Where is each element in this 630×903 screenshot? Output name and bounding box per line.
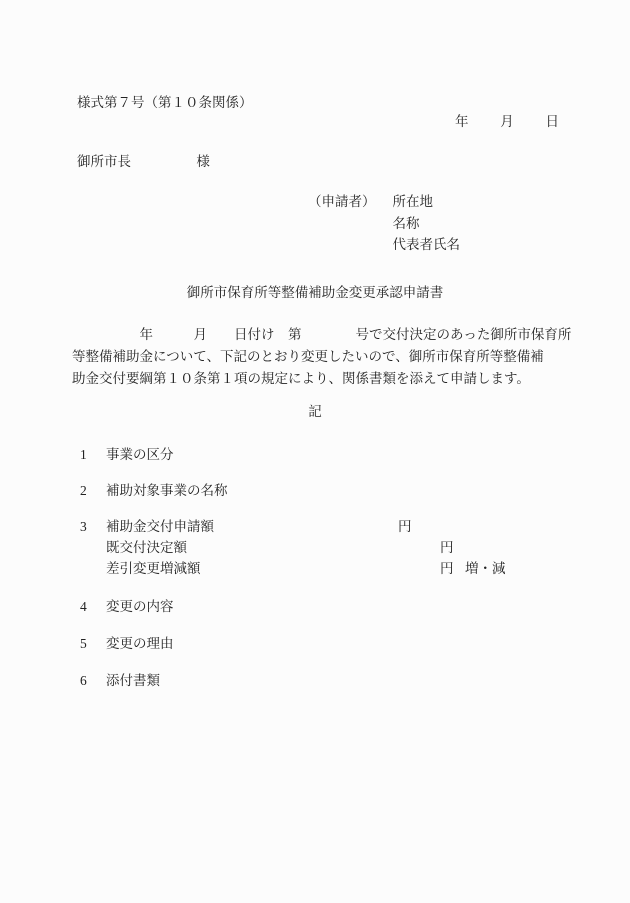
addressee-honorific: 様	[196, 154, 210, 169]
date-line: 年 月 日	[455, 111, 559, 133]
form-number: 様式第７号（第１０条関係）	[77, 92, 253, 114]
item-2-subsidized-project-name: 2 補助対象事業の名称	[0, 480, 630, 502]
item-4-number: 4	[80, 596, 87, 618]
body-line-2: 等整備補助金について、下記のとおり変更したいので、御所市保育所等整備補	[72, 346, 572, 368]
item-6-number: 6	[80, 670, 87, 692]
applicant-field-representative: 代表者氏名	[393, 234, 461, 256]
item-3-sub1-label: 既交付決定額	[106, 537, 187, 559]
item-3-sub1-yen-label: 円	[440, 537, 454, 559]
item-2-number: 2	[80, 480, 87, 502]
date-year-label: 年	[455, 111, 469, 133]
item-1-label: 事業の区分	[106, 444, 174, 466]
item-3-sub2-label: 差引変更増減額	[106, 558, 201, 580]
applicant-field-name: 名称	[393, 213, 461, 235]
applicant-field-address: 所在地	[393, 191, 461, 213]
item-5-number: 5	[80, 633, 87, 655]
body-paragraph: 年 月 日付け 第 号で交付決定のあった御所市保育所 等整備補助金について、下記…	[72, 324, 572, 390]
body-line-1: 年 月 日付け 第 号で交付決定のあった御所市保育所	[72, 324, 572, 346]
document-title: 御所市保育所等整備補助金変更承認申請書	[0, 282, 630, 304]
item-5-label: 変更の理由	[106, 633, 174, 655]
item-3-sub2-yen-label: 円	[440, 558, 454, 580]
item-4-change-details: 4 変更の内容	[0, 596, 630, 618]
item-5-change-reason: 5 変更の理由	[0, 633, 630, 655]
applicant-block: （申請者） 所在地 名称 代表者氏名	[308, 191, 460, 256]
item-6-label: 添付書類	[106, 670, 160, 692]
date-month-label: 月	[500, 111, 514, 133]
addressee-line: 御所市長 様	[77, 151, 210, 173]
item-3-sub-change-difference: 差引変更増減額 円 増・減	[0, 558, 630, 580]
date-day-label: 日	[546, 111, 560, 133]
item-3-number: 3	[80, 516, 87, 538]
body-line-3: 助金交付要綱第１０条第１項の規定により、関係書類を添えて申請します。	[72, 368, 572, 390]
item-2-label: 補助対象事業の名称	[106, 480, 228, 502]
record-marker: 記	[0, 401, 630, 423]
item-3-subsidy-application-amount: 3 補助金交付申請額 円	[0, 516, 630, 538]
item-4-label: 変更の内容	[106, 596, 174, 618]
item-3-label: 補助金交付申請額	[106, 516, 214, 538]
item-1-business-category: 1 事業の区分	[0, 444, 630, 466]
item-3-yen-label: 円	[398, 516, 412, 538]
applicant-fields: 所在地 名称 代表者氏名	[393, 191, 461, 256]
item-3-sub-decided-amount: 既交付決定額 円	[0, 537, 630, 559]
addressee-name: 御所市長	[77, 154, 131, 169]
applicant-label: （申請者）	[308, 191, 376, 213]
item-1-number: 1	[80, 444, 87, 466]
item-6-attached-documents: 6 添付書類	[0, 670, 630, 692]
item-3-increase-decrease-label: 増・減	[465, 558, 506, 580]
document-page: 様式第７号（第１０条関係） 年 月 日 御所市長 様 （申請者） 所在地 名称 …	[0, 0, 630, 903]
